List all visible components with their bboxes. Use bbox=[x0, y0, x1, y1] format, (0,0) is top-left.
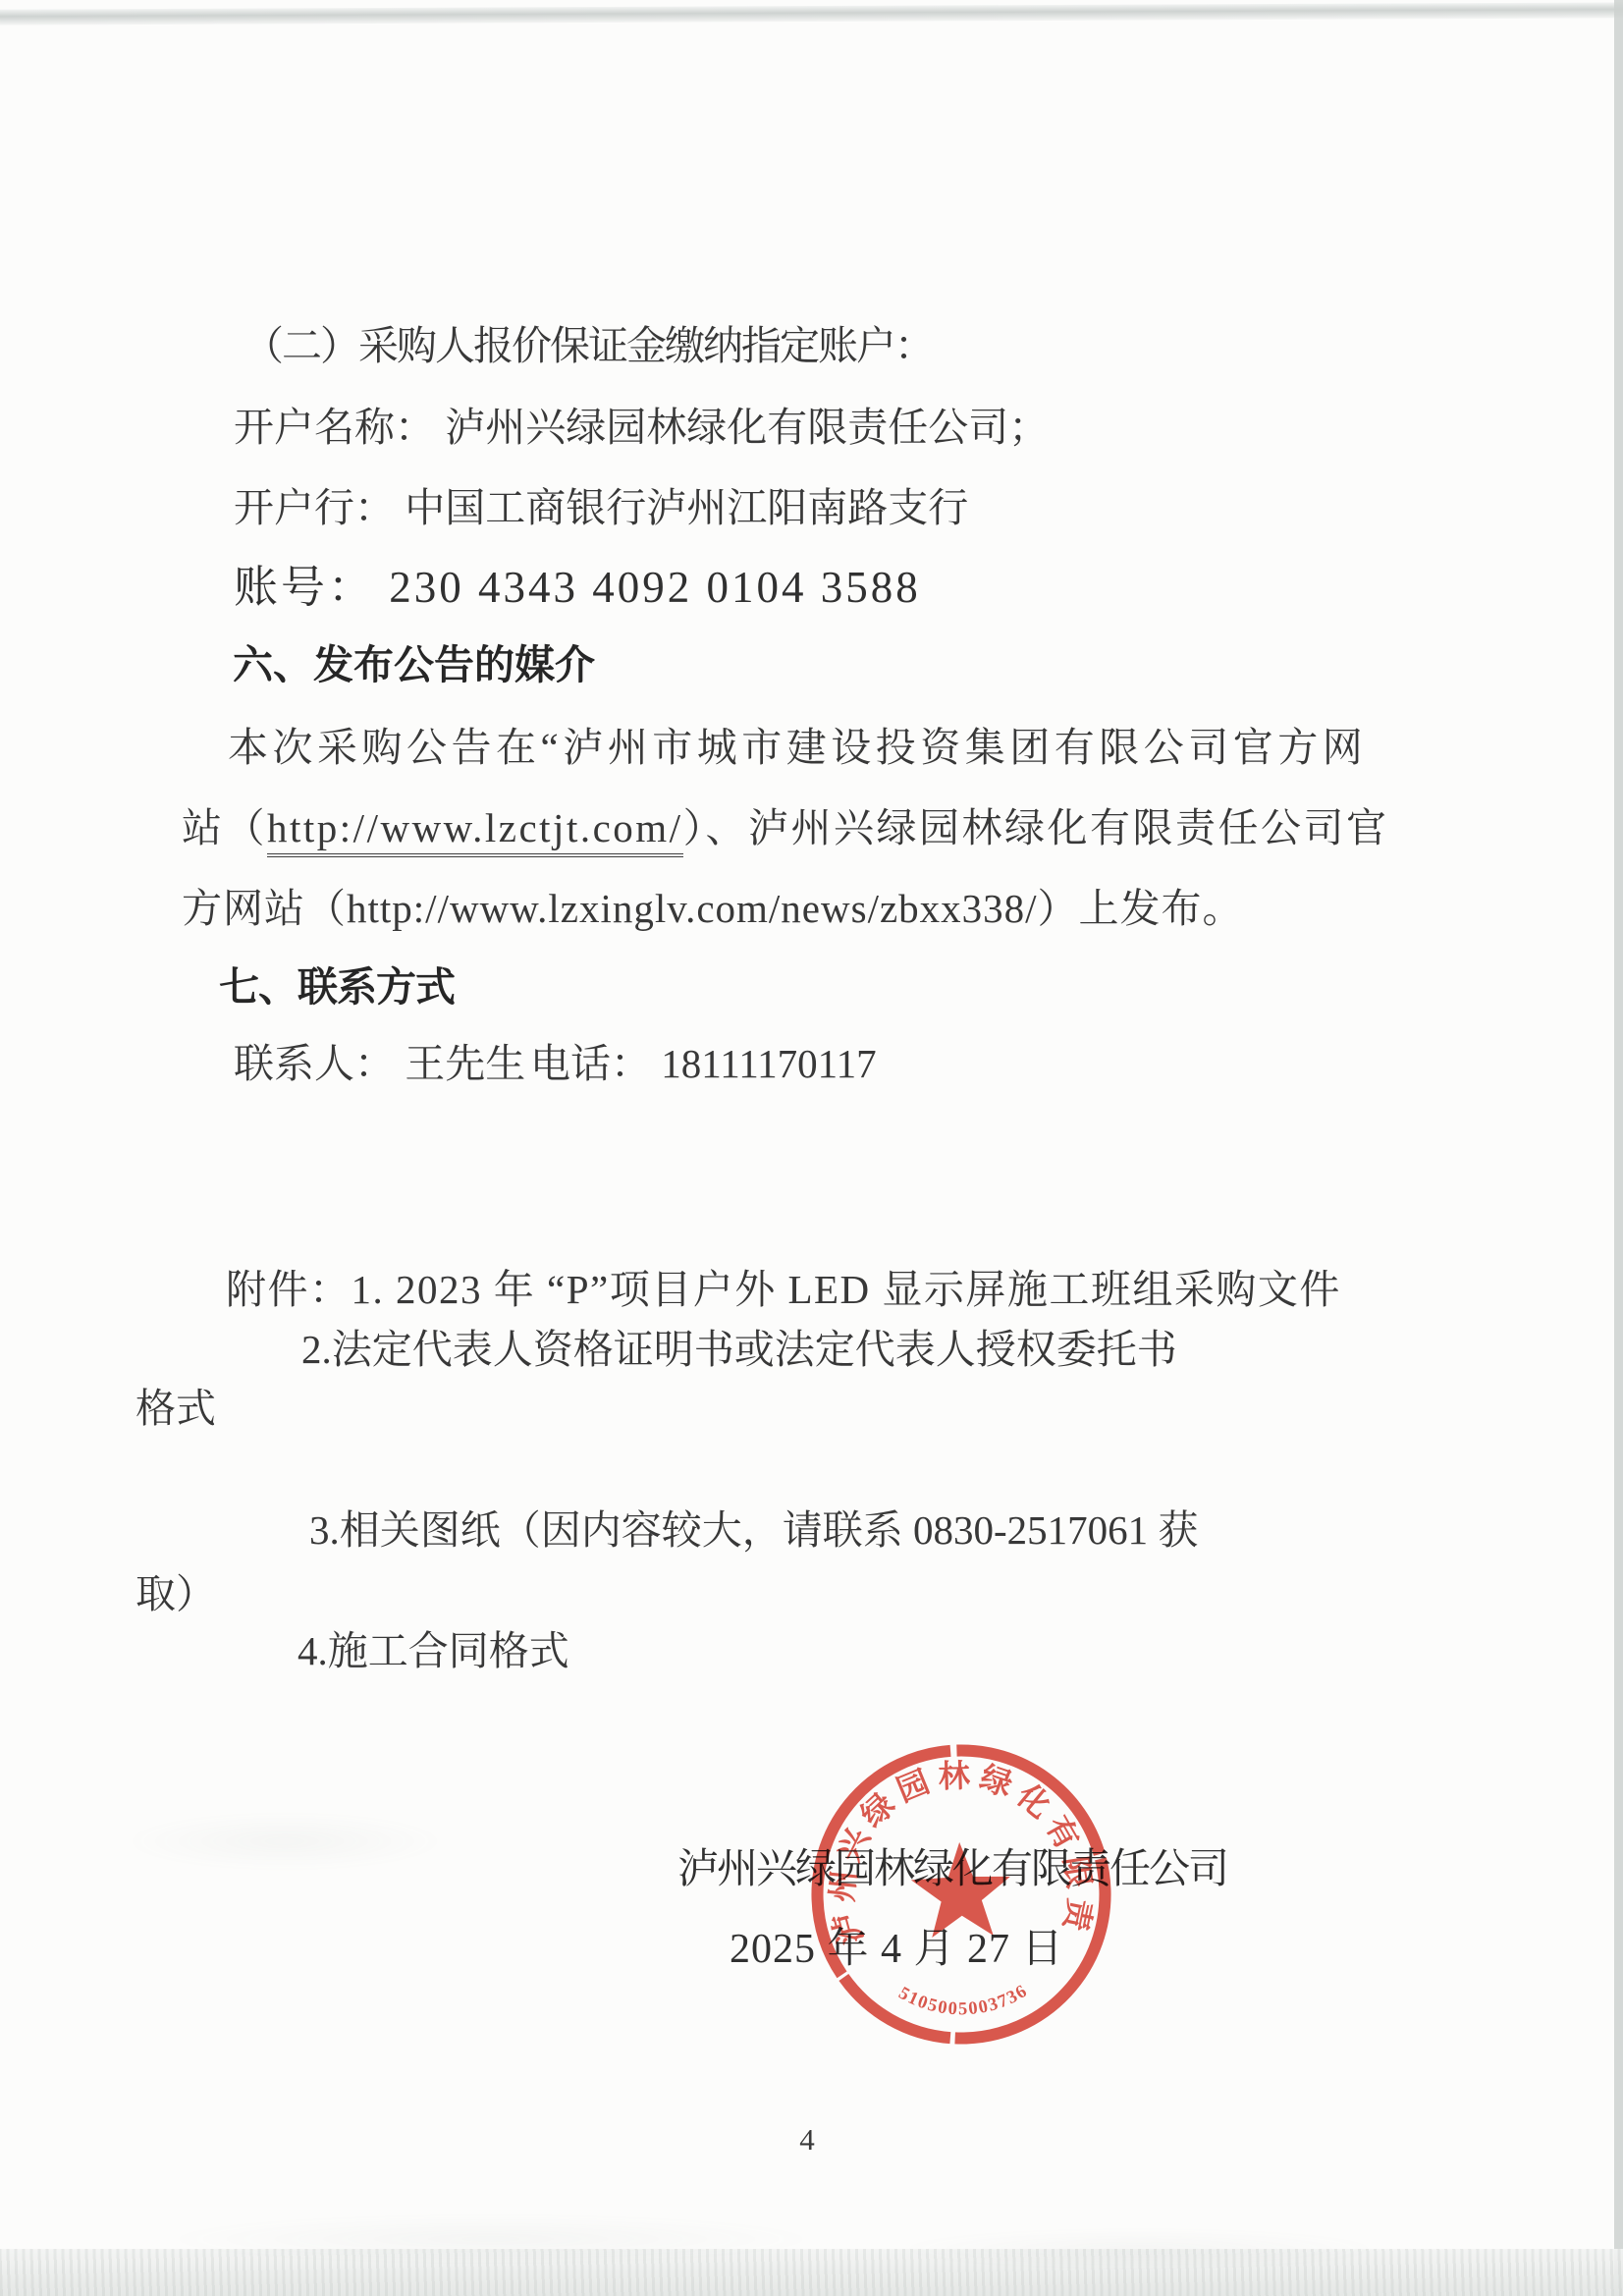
scan-artifact-top bbox=[0, 2, 1623, 25]
contact-phone-line: 电话： 18111170117 bbox=[530, 1042, 877, 1086]
media-paragraph-line3: 方网站（http://www.lzxinglv.com/news/zbxx338… bbox=[182, 887, 1244, 931]
bank-line: 开户行： 中国工商银行泸州江阳南路支行 bbox=[234, 486, 968, 530]
media-line2-prefix: 站（ bbox=[182, 805, 267, 850]
star-icon bbox=[910, 1840, 1012, 1939]
company-seal: 泸州兴绿园林绿化有限责任公司 5105005003736 bbox=[797, 1730, 1124, 2057]
scan-bleedthrough bbox=[884, 2229, 1394, 2269]
account-name-line: 开户名称： 泸州兴绿园林绿化有限责任公司； bbox=[234, 406, 1049, 450]
svg-text:5105005003736: 5105005003736 bbox=[894, 1979, 1032, 2021]
scan-bleedthrough bbox=[118, 1812, 452, 1871]
media-line2-suffix: ）、泸州兴绿园林绿化有限责任公司官 bbox=[683, 805, 1389, 850]
contact-section-heading: 七、联系方式 bbox=[219, 965, 455, 1010]
contact-person-line: 联系人： 王先生 bbox=[234, 1042, 525, 1086]
document-page: （二）采购人报价保证金缴纳指定账户： 开户名称： 泸州兴绿园林绿化有限责任公司；… bbox=[0, 0, 1623, 2296]
attachment-item-3-continuation: 取） bbox=[135, 1572, 216, 1616]
seal-serial-number: 5105005003736 bbox=[894, 1979, 1032, 2021]
attachment-item-3: 3.相关图纸（因内容较大，请联系 0830-2517061 获 bbox=[309, 1508, 1198, 1553]
attachments-line1: 附件：1. 2023 年 “P”项目户外 LED 显示屏施工班组采购文件 bbox=[226, 1268, 1341, 1312]
media-paragraph-line2: 站（http://www.lzctjt.com/）、泸州兴绿园林绿化有限责任公司… bbox=[182, 806, 1389, 850]
attachment-item-2: 2.法定代表人资格证明书或法定代表人授权委托书 bbox=[301, 1328, 1177, 1372]
scan-artifact-right-edge bbox=[1614, 0, 1623, 2296]
attachments-label: 附件： bbox=[226, 1267, 352, 1312]
lzctjt-url-text: http://www.lzctjt.com/ bbox=[267, 805, 683, 857]
account-section-heading: （二）采购人报价保证金缴纳指定账户： bbox=[243, 324, 933, 368]
attachment-item-4: 4.施工合同格式 bbox=[298, 1629, 569, 1673]
media-section-heading: 六、发布公告的媒介 bbox=[233, 643, 595, 687]
media-paragraph-line1: 本次采购公告在“泸州市城市建设投资集团有限公司官方网 bbox=[228, 726, 1367, 770]
attachment-item-2-continuation: 格式 bbox=[135, 1387, 216, 1431]
account-number-line: 账号： 230 4343 4092 0104 3588 bbox=[234, 564, 921, 613]
page-number: 4 bbox=[787, 2123, 827, 2157]
scan-bleedthrough bbox=[147, 2214, 835, 2264]
attachment-item-1: 1. 2023 年 “P”项目户外 LED 显示屏施工班组采购文件 bbox=[352, 1267, 1341, 1312]
